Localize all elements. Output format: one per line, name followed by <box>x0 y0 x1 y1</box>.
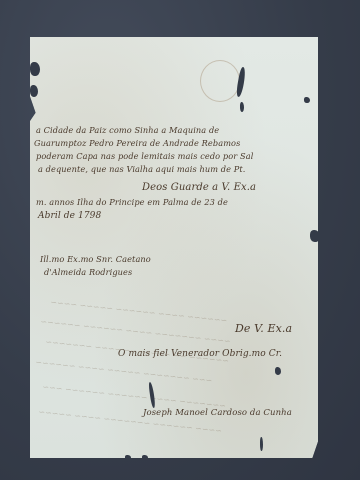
bleed-through-text: ~~~ ~~~~~~~ ~~~~~ ~~~~ ~~~~~~ <box>35 358 213 386</box>
ink-hole <box>310 230 320 242</box>
ink-hole <box>240 102 244 112</box>
courtesy-line: O mais fiel Venerador Obrig.mo Cr. <box>118 349 282 359</box>
body-line: a Cidade da Paiz como Sinha a Maquina de <box>36 125 219 135</box>
ink-hole <box>142 455 148 460</box>
ink-hole <box>30 85 38 97</box>
ink-hole <box>125 455 131 460</box>
signature: Joseph Manoel Cardoso da Cunha <box>143 408 292 418</box>
body-line: poderam Capa nas pode lemitais mais cedo… <box>36 151 253 161</box>
ink-hole <box>275 367 281 375</box>
ink-hole <box>304 97 310 103</box>
ink-hole <box>260 437 263 451</box>
manuscript-page: ~~~~~~ ~~~~ ~~~~~~ ~~~~~ ~~~~ ~~~~ ~~~~~… <box>30 37 318 458</box>
closing-date: Abril de 1798 <box>38 211 101 221</box>
body-line: Guarumptoz Pedro Pereira de Andrade Reba… <box>34 138 240 148</box>
bleed-through-text: ~~~~~~~ ~~~~ ~~~~~~ ~~~~~~ ~~~ <box>42 382 226 410</box>
water-stain <box>200 60 240 102</box>
addressee-line: Ill.mo Ex.mo Snr. Caetano <box>40 254 151 264</box>
addressee-line: d'Almeida Rodrigues <box>44 267 132 277</box>
closing-line: m. annos Ilha do Principe em Palma de 23… <box>36 197 228 207</box>
salutation: De V. Ex.a <box>235 322 292 335</box>
closing-line: Deos Guarde a V. Ex.a <box>142 182 256 193</box>
ink-hole <box>30 62 40 76</box>
body-line: a dequente, que nas Vialha aqui mais hum… <box>38 164 246 174</box>
